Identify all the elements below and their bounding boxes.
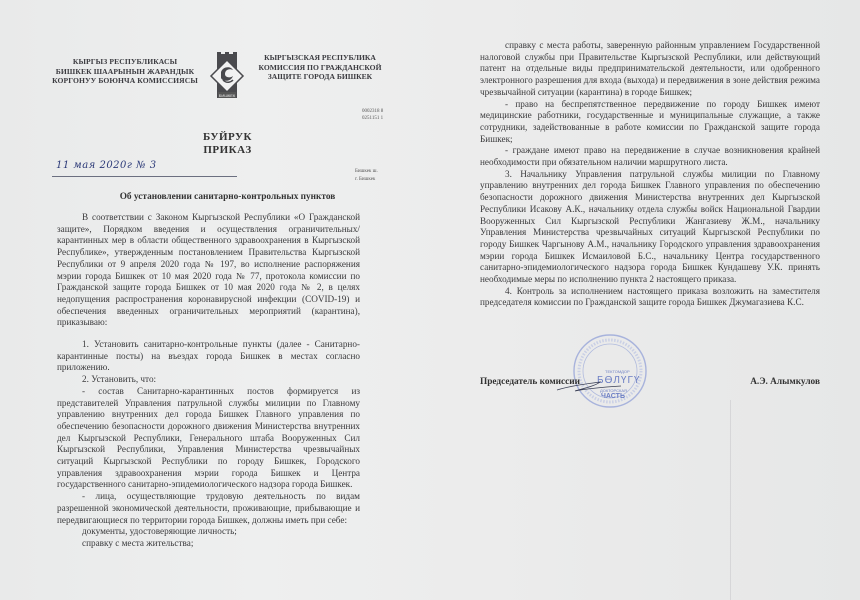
reference-numbers: 0002318 8 0251151 1	[362, 108, 383, 122]
bishkek-emblem-icon: БИШКЕК	[209, 52, 245, 100]
header-kyrgyz: КЫРГЫЗ РЕСПУБЛИКАСЫ БИШКЕК ШААРЫНЫН ЖАРА…	[50, 57, 200, 86]
document-title: Об установлении санитарно-контрольных пу…	[0, 192, 455, 202]
svg-text:БИШКЕК: БИШКЕК	[219, 93, 236, 98]
clause-2-citizens: - граждане имеют право на передвижение в…	[480, 145, 820, 168]
header-russian-line: КЫРГЫЗСКАЯ РЕСПУБЛИКА	[255, 53, 385, 63]
stamp-text: ТЕКТОМДОР	[605, 369, 630, 374]
left-body-text: В соответствии с Законом Кыргызской Респ…	[57, 212, 360, 550]
header-russian-line: ЗАЩИТЕ ГОРОДА БИШКЕК	[255, 72, 385, 82]
city-russian: г. Бишкек	[355, 176, 378, 184]
handwritten-signature-icon	[555, 378, 625, 394]
header-russian: КЫРГЫЗСКАЯ РЕСПУБЛИКА КОМИССИЯ ПО ГРАЖДА…	[255, 53, 385, 82]
reference-number: 0251151 1	[362, 115, 383, 122]
required-document-residence: справку с места жительства;	[57, 538, 360, 550]
clause-2-free-movement: - право на беспрепятственное передвижени…	[480, 99, 820, 146]
paper-fold-shadow	[730, 400, 731, 600]
clause-3: 3. Начальнику Управления патрульной служ…	[480, 169, 820, 286]
clause-4: 4. Контроль за исполнением настоящего пр…	[480, 286, 820, 309]
header-kyrgyz-line: КЫРГЫЗ РЕСПУБЛИКАСЫ	[50, 57, 200, 67]
date-number-line: 11 мая 2020г № 3	[52, 162, 237, 177]
doc-type-kyrgyz: БУЙРУК	[0, 131, 455, 143]
stamp-text: ЧАСТЬ	[601, 393, 625, 400]
clause-2-composition: - состав Санитарно-карантинных постов фо…	[57, 386, 360, 491]
city-kyrgyz: Бишкек ш.	[355, 168, 378, 176]
city-label: Бишкек ш. г. Бишкек	[355, 168, 378, 184]
required-document-id: документы, удостоверяющие личность;	[57, 526, 360, 538]
required-document-work: справку с места работы, заверенную район…	[480, 40, 820, 99]
document-page-right: справку с места работы, заверенную район…	[455, 0, 860, 600]
header-kyrgyz-line: БИШКЕК ШААРЫНЫН ЖАРАНДЫК	[50, 67, 200, 77]
header-russian-line: КОМИССИЯ ПО ГРАЖДАНСКОЙ	[255, 63, 385, 73]
clause-1: 1. Установить санитарно-контрольные пунк…	[57, 339, 360, 374]
header-kyrgyz-line: КОРГОНУУ БОЮНЧА КОМИССИЯСЫ	[50, 76, 200, 86]
preamble-paragraph: В соответствии с Законом Кыргызской Респ…	[57, 212, 360, 329]
clause-2-persons: - лица, осуществляющие трудовую деятельн…	[57, 491, 360, 526]
document-page-left: КЫРГЫЗ РЕСПУБЛИКАСЫ БИШКЕК ШААРЫНЫН ЖАРА…	[0, 0, 455, 600]
clause-2-intro: 2. Установить, что:	[57, 374, 360, 386]
reference-number: 0002318 8	[362, 108, 383, 115]
handwritten-date: 11 мая 2020г № 3	[56, 160, 157, 171]
doc-type-russian: ПРИКАЗ	[0, 144, 455, 156]
right-body-text: справку с места работы, заверенную район…	[480, 40, 820, 309]
signatory-name: А.Э. Алымкулов	[750, 377, 820, 387]
